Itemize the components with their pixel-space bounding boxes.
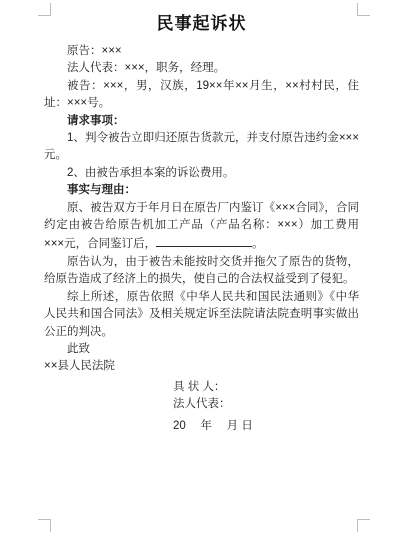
- screenshot-root: { "document": { "title": "民事起诉状", "parag…: [0, 0, 400, 533]
- document-content: 民事起诉状 原告：××× 法人代表：×××，职务，经理。 被告：×××，男，汉族…: [44, 12, 359, 435]
- claim-item-1: 1、判令被告立即归还原告货款元，并支付原告违约金×××元。: [44, 130, 359, 165]
- facts-paragraph-1: 原、被告双方于年月日在原告厂内鉴订《×××合同》，合同约定由被告给原告机加工产品…: [44, 200, 359, 254]
- claims-heading: 请求事项：: [44, 113, 359, 130]
- text-boundary-mark-bottom-left: [38, 519, 51, 532]
- blank-underline: [156, 234, 252, 247]
- document-page: 民事起诉状 原告：××× 法人代表：×××，职务，经理。 被告：×××，男，汉族…: [0, 0, 400, 533]
- claim-item-2: 2、由被告承担本案的诉讼费用。: [44, 165, 359, 182]
- signature-block: 具 状 人： 法人代表： 20 年 月 日: [173, 379, 359, 435]
- petitioner-label: 具 状 人：: [173, 379, 359, 396]
- facts-paragraph-1-tail: 。: [252, 238, 264, 250]
- date-line: 20 年 月 日: [173, 418, 359, 435]
- defendant-line: 被告：×××，男，汉族，19××年××月生，××村村民，住址：×××号。: [44, 78, 359, 113]
- legal-representative-line: 法人代表：×××，职务，经理。: [44, 60, 359, 77]
- salutation-line: 此致: [44, 341, 359, 358]
- court-name-line: ××县人民法院: [44, 358, 359, 375]
- facts-paragraph-2: 原告认为，由于被告未能按时交货并拖欠了原告的货物，给原告造成了经济上的损失，使自…: [44, 254, 359, 289]
- plaintiff-line: 原告：×××: [44, 43, 359, 60]
- conclusion-paragraph: 综上所述，原告依照《中华人民共和国民法通则》《中华人民共和国合同法》及相关规定诉…: [44, 289, 359, 341]
- facts-heading: 事实与理由：: [44, 182, 359, 199]
- legal-representative-label: 法人代表：: [173, 396, 359, 413]
- document-title: 民事起诉状: [44, 12, 359, 36]
- text-boundary-mark-bottom-right: [357, 519, 370, 532]
